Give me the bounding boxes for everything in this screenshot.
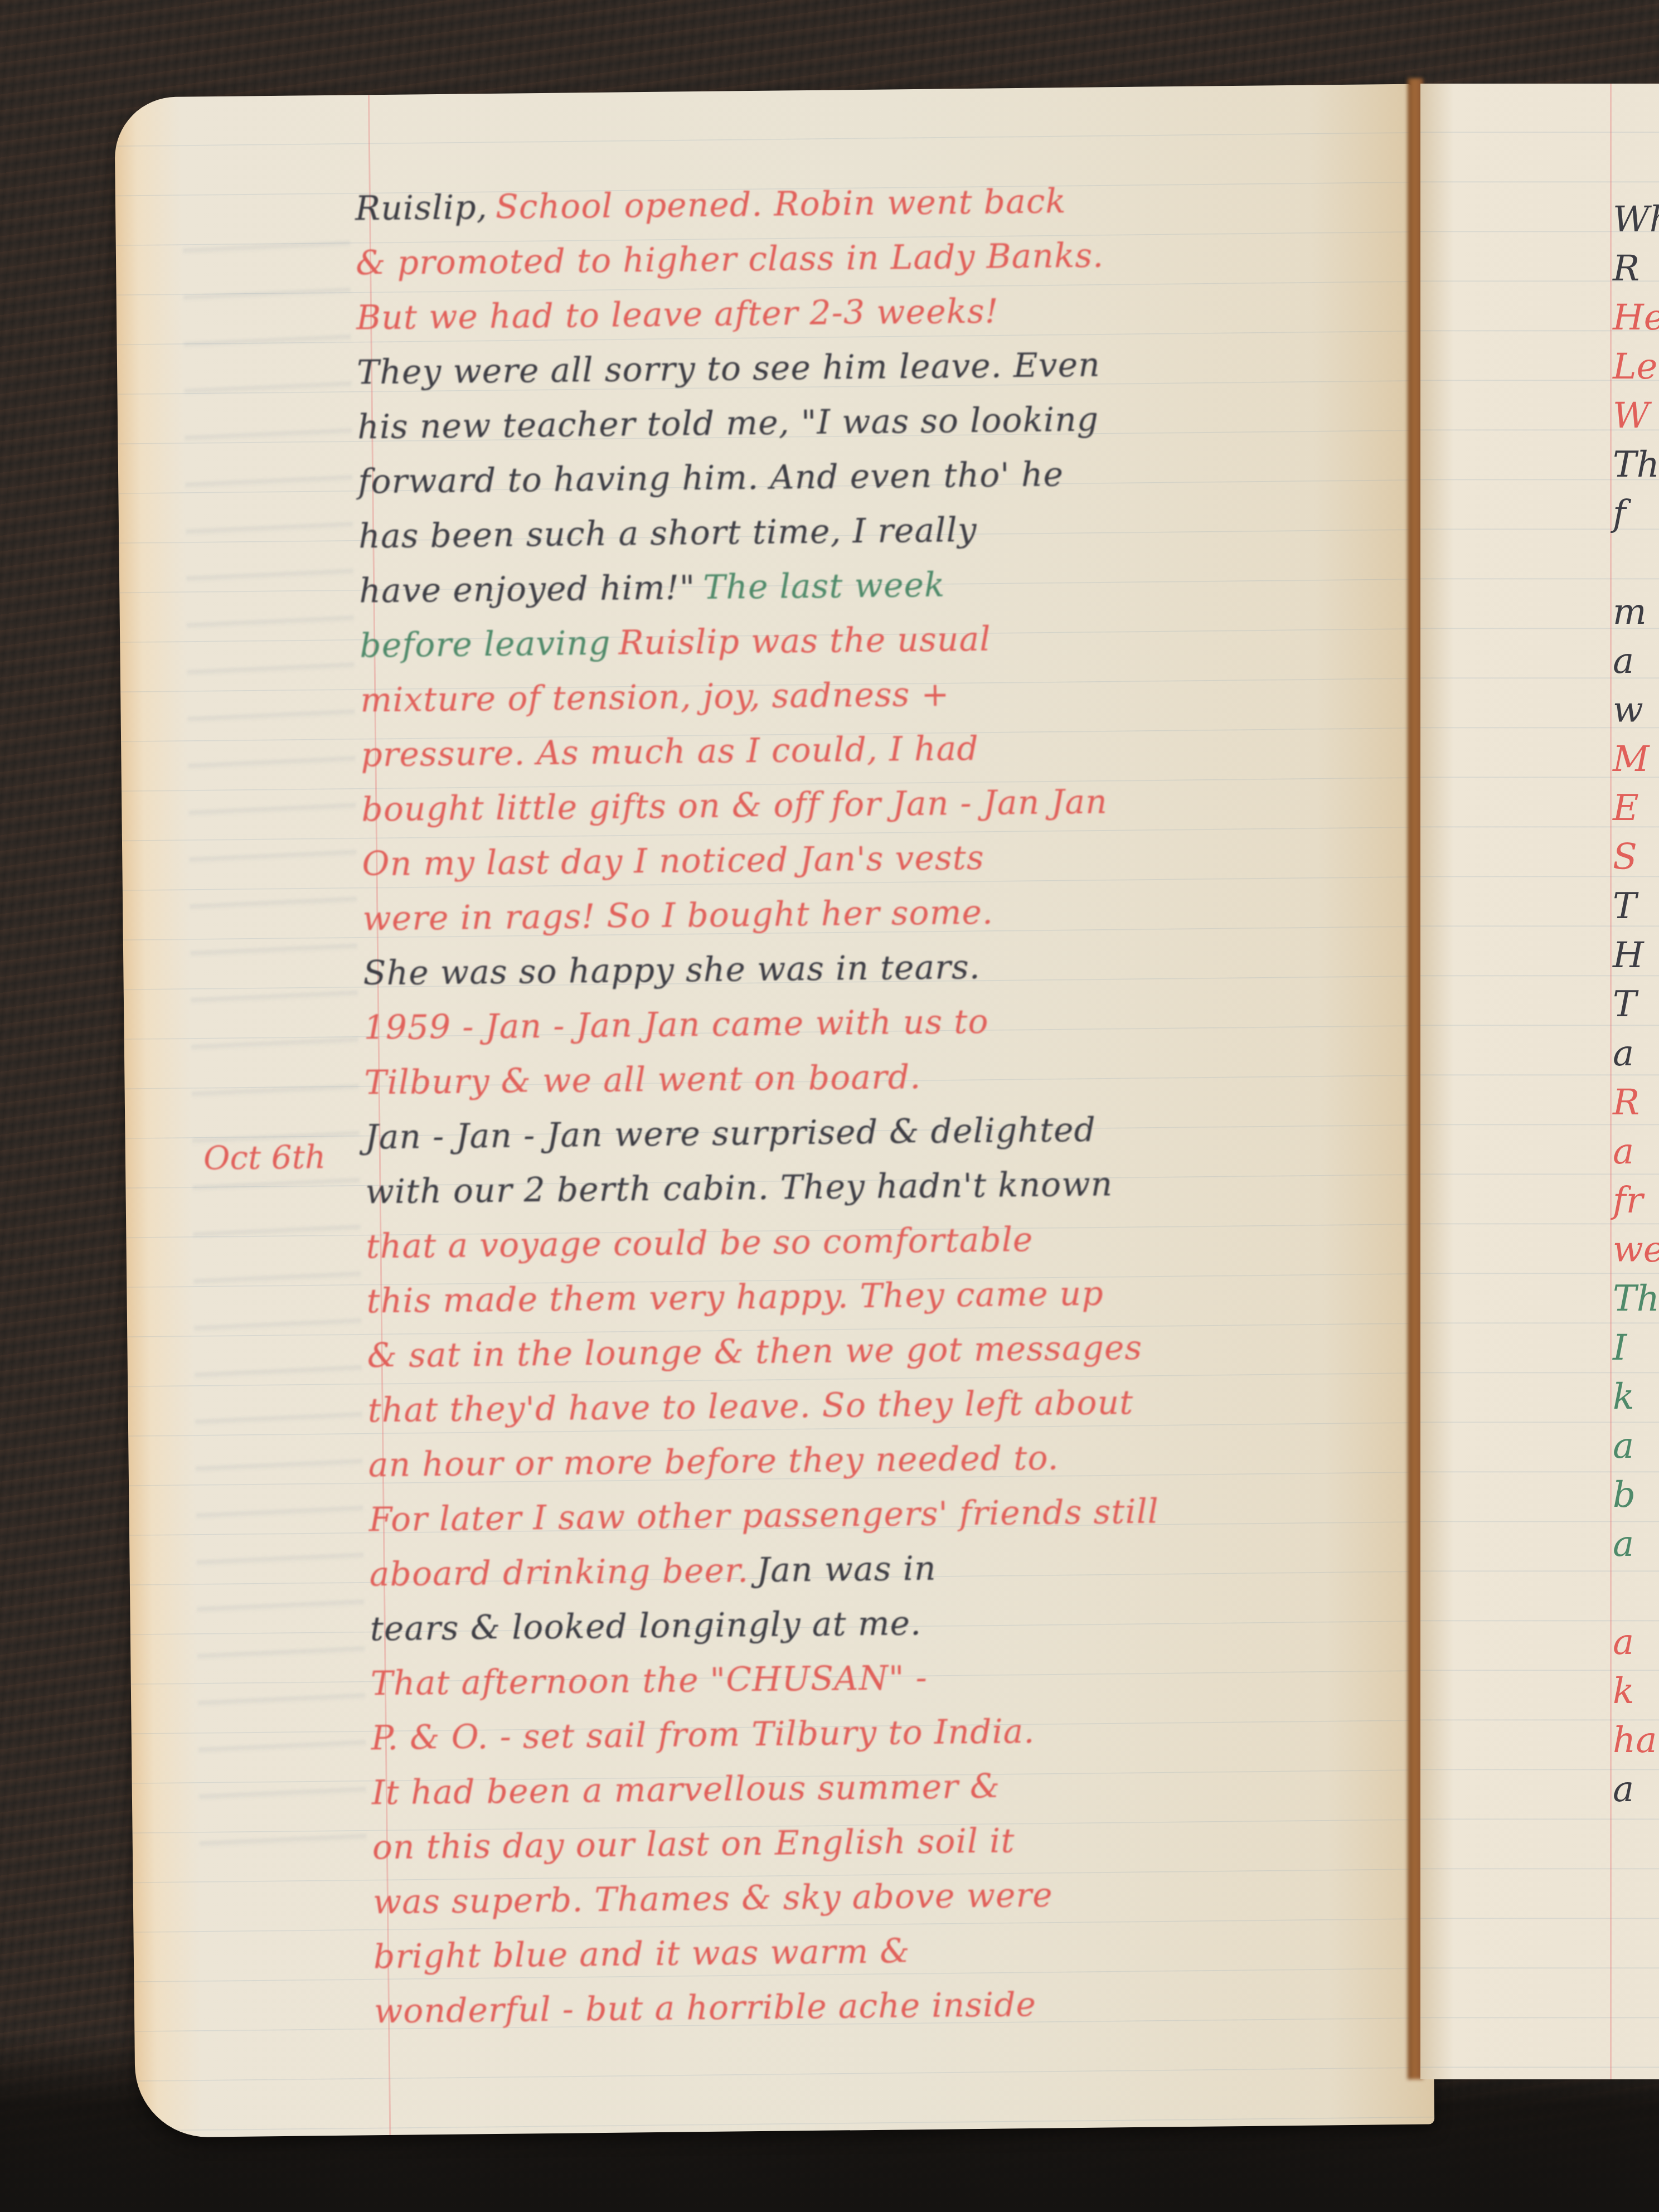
handwriting-segment: The last week xyxy=(703,565,945,607)
handwriting-segment: School opened. Robin went back xyxy=(495,182,1066,227)
fragment-line: fr xyxy=(1613,1176,1659,1225)
handwriting-segment: with our 2 berth cabin. They hadn't know… xyxy=(365,1165,1113,1211)
handwriting-segment: was superb. Thames & sky above were xyxy=(373,1876,1053,1922)
fragment-line: a xyxy=(1613,1127,1659,1176)
fragment-line: w xyxy=(1613,686,1659,735)
fragment-line: Le xyxy=(1613,342,1659,391)
fragment-line: k xyxy=(1613,1667,1659,1716)
fragment-line: Th xyxy=(1613,440,1659,489)
handwriting-segment: this made them very happy. They came up xyxy=(366,1274,1104,1321)
handwriting-segment: Ruislip, xyxy=(355,188,488,228)
handwriting-segment: forward to having him. And even tho' he xyxy=(358,455,1064,501)
handwriting-segment: That afternoon the "CHUSAN" - xyxy=(370,1658,928,1703)
handwriting-segment: mixture of tension, joy, sadness + xyxy=(360,675,950,720)
fragment-line: a xyxy=(1613,1520,1659,1569)
fragment-line: T xyxy=(1613,882,1659,931)
fragment-line: E xyxy=(1613,784,1659,833)
fragment-line: we xyxy=(1613,1225,1659,1274)
handwriting-segment: 1959 - Jan - Jan Jan came with us to xyxy=(363,1002,989,1048)
fragment-line: R xyxy=(1613,1078,1659,1127)
handwriting-segment: that a voyage could be so comfortable xyxy=(366,1220,1034,1267)
fragment-line: S xyxy=(1613,833,1659,882)
margin-date-note: Oct 6th xyxy=(203,1138,326,1177)
handwriting-segment: that they'd have to leave. So they left … xyxy=(367,1383,1133,1430)
diary-entry-text: Ruislip,School opened. Robin went back& … xyxy=(355,171,1434,2039)
fragment-line: a xyxy=(1613,1422,1659,1471)
fragment-line: R xyxy=(1613,244,1659,293)
fragment-line: ha xyxy=(1613,1716,1659,1765)
fragment-line: b xyxy=(1613,1471,1659,1520)
notebook-right-page: WhRHeLeWThf mawMESTHTaRafrweThIkaba akha… xyxy=(1420,84,1659,2079)
fragment-line: T xyxy=(1613,980,1659,1029)
handwriting-segment: For later I saw other passengers' friend… xyxy=(368,1492,1159,1540)
page-margin-line xyxy=(1610,84,1612,2079)
fragment-line xyxy=(1613,1569,1659,1618)
handwriting-segment: on this day our last on English soil it xyxy=(372,1821,1015,1867)
handwriting-segment: his new teacher told me, "I was so looki… xyxy=(357,400,1099,447)
fragment-line: I xyxy=(1613,1323,1659,1372)
handwriting-segment: Ruislip was the usual xyxy=(618,620,991,663)
handwriting-segment: have enjoyed him!" xyxy=(359,568,696,610)
handwriting-segment: They were all sorry to see him leave. Ev… xyxy=(357,346,1100,392)
fragment-line: M xyxy=(1613,735,1659,784)
handwriting-segment: & sat in the lounge & then we got messag… xyxy=(367,1328,1142,1376)
right-page-text-fragment: WhRHeLeWThf mawMESTHTaRafrweThIkaba akha… xyxy=(1613,195,1659,1814)
fragment-line: a xyxy=(1613,1029,1659,1078)
fragment-line: k xyxy=(1613,1372,1659,1422)
fragment-line: Wh xyxy=(1613,195,1659,244)
handwriting-segment: were in rags! So I bought her some. xyxy=(362,893,993,939)
handwriting-segment: But we had to leave after 2-3 weeks! xyxy=(356,292,999,337)
fragment-line: m xyxy=(1613,588,1659,637)
fragment-line: f xyxy=(1613,489,1659,539)
handwriting-segment: before leaving xyxy=(360,624,611,666)
handwriting-segment: P. & O. - set sail from Tilbury to India… xyxy=(371,1712,1035,1758)
fragment-line: Th xyxy=(1613,1274,1659,1323)
handwriting-segment: wonderful - but a horrible ache inside xyxy=(374,1985,1037,2031)
handwriting-segment: pressure. As much as I could, I had xyxy=(361,729,979,775)
handwriting-segment: On my last day I noticed Jan's vests xyxy=(362,838,984,884)
fragment-line: H xyxy=(1613,931,1659,980)
handwriting-segment: has been such a short time, I really xyxy=(358,511,977,556)
handwriting-segment: She was so happy she was in tears. xyxy=(363,948,981,993)
ink-show-through xyxy=(182,207,367,1881)
fragment-line: a xyxy=(1613,1618,1659,1667)
handwriting-segment: an hour or more before they needed to. xyxy=(368,1438,1059,1485)
handwriting-segment: tears & looked longingly at me. xyxy=(370,1604,921,1648)
fragment-line xyxy=(1613,539,1659,588)
handwriting-segment: It had been a marvellous summer & xyxy=(372,1767,1001,1813)
fragment-line: W xyxy=(1613,391,1659,440)
fragment-line: a xyxy=(1613,637,1659,686)
handwriting-segment: Tilbury & we all went on board. xyxy=(364,1058,921,1102)
handwriting-segment: aboard drinking beer. xyxy=(369,1551,749,1594)
handwriting-segment: Jan was in xyxy=(756,1549,937,1590)
handwriting-segment: Jan - Jan - Jan were surprised & delight… xyxy=(365,1110,1096,1157)
handwriting-segment: bought little gifts on & off for Jan - J… xyxy=(361,782,1108,829)
notebook-left-page: Oct 6th Ruislip,School opened. Robin wen… xyxy=(114,84,1434,2138)
fragment-line: a xyxy=(1613,1765,1659,1814)
diary-line: wonderful - but a horrible ache inside xyxy=(373,1973,1433,2039)
handwriting-segment: bright blue and it was warm & xyxy=(373,1932,910,1976)
handwriting-segment: & promoted to higher class in Lady Banks… xyxy=(356,236,1104,283)
fragment-line: He xyxy=(1613,293,1659,342)
